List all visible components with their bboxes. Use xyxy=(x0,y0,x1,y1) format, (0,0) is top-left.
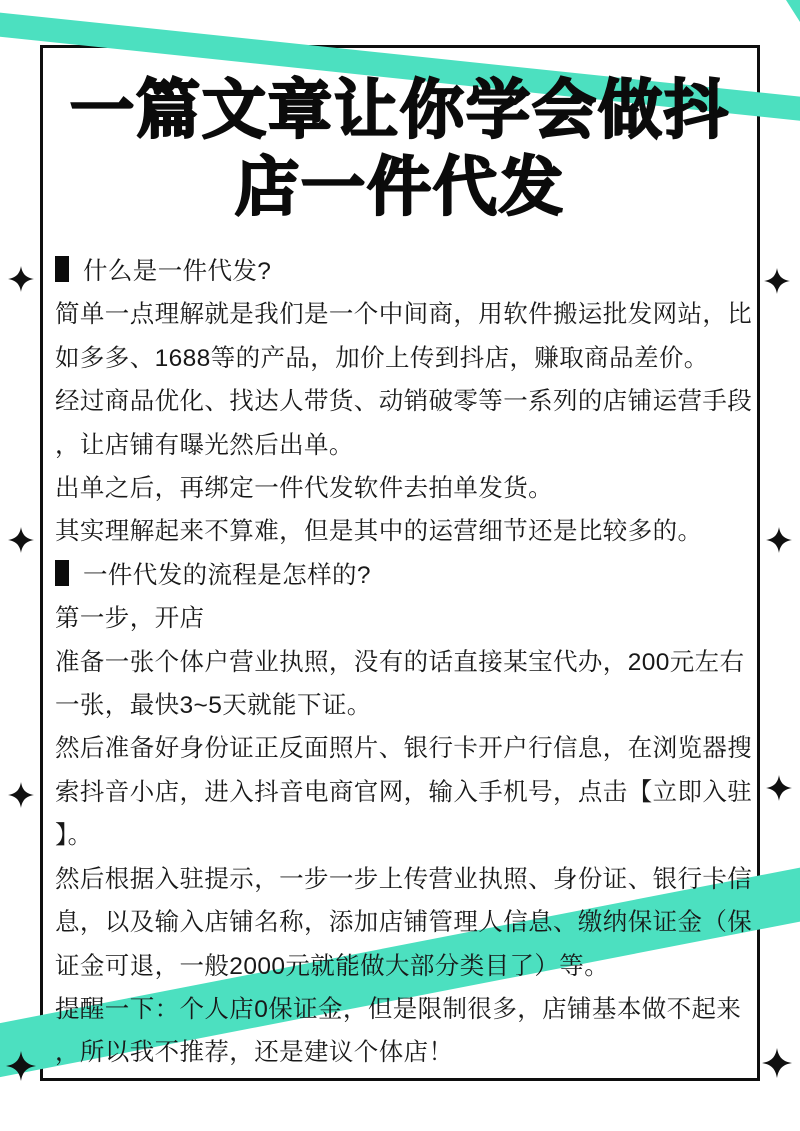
sparkle-icon xyxy=(6,1051,36,1081)
text-line: 经过商品优化、找达人带货、动销破零等一系列的店铺运营手段 xyxy=(55,380,760,423)
section-heading: 一件代发的流程是怎样的? xyxy=(55,554,760,597)
section-heading-label: 什么是一件代发? xyxy=(83,258,271,285)
section-marker-icon xyxy=(55,560,69,586)
text-line: 准备一张个体户营业执照，没有的话直接某宝代办，200元左右 xyxy=(55,641,760,684)
text-line: 然后根据入驻提示，一步一步上传营业执照、身份证、银行卡信 xyxy=(55,858,760,901)
text-line: 其实理解起来不算难，但是其中的运营细节还是比较多的。 xyxy=(55,510,760,553)
text-line: 如多多、1688等的产品，加价上传到抖店，赚取商品差价。 xyxy=(55,337,760,380)
section-heading: 什么是一件代发? xyxy=(55,250,760,293)
text-line: 提醒一下：个人店0保证金，但是限制很多，店铺基本做不起来 xyxy=(55,988,760,1031)
sparkle-icon xyxy=(762,1048,792,1078)
section-heading-label: 一件代发的流程是怎样的? xyxy=(83,562,371,589)
sparkle-icon xyxy=(766,527,792,553)
title-line-1: 一篇文章让你学会做抖 xyxy=(0,72,800,149)
text-line: 索抖音小店，进入抖音电商官网，输入手机号，点击【立即入驻 xyxy=(55,771,760,814)
text-line: ，让店铺有曝光然后出单。 xyxy=(55,424,760,467)
poster: 一篇文章让你学会做抖 店一件代发 什么是一件代发? 简单一点理解就是我们是一个中… xyxy=(0,0,800,1131)
sparkle-icon xyxy=(766,775,792,801)
text-line: ，所以我不推荐，还是建议个体店！ xyxy=(55,1031,760,1074)
title-line-2: 店一件代发 xyxy=(0,149,800,226)
text-line: 】。 xyxy=(55,814,760,857)
article-body: 什么是一件代发? 简单一点理解就是我们是一个中间商，用软件搬运批发网站，比 如多… xyxy=(55,250,760,1075)
text-line: 出单之后，再绑定一件代发软件去拍单发货。 xyxy=(55,467,760,510)
text-line: 然后准备好身份证正反面照片、银行卡开户行信息，在浏览器搜 xyxy=(55,727,760,770)
sparkle-icon xyxy=(8,266,34,292)
sparkle-icon xyxy=(8,782,34,808)
ribbon-corner xyxy=(786,0,800,22)
sparkle-icon xyxy=(8,527,34,553)
text-line: 简单一点理解就是我们是一个中间商，用软件搬运批发网站，比 xyxy=(55,293,760,336)
page-title: 一篇文章让你学会做抖 店一件代发 xyxy=(0,72,800,226)
text-line: 一张，最快3~5天就能下证。 xyxy=(55,684,760,727)
text-line: 第一步，开店 xyxy=(55,597,760,640)
text-line: 证金可退，一般2000元就能做大部分类目了）等。 xyxy=(55,945,760,988)
sparkle-icon xyxy=(764,268,790,294)
text-line: 息，以及输入店铺名称，添加店铺管理人信息、缴纳保证金（保 xyxy=(55,901,760,944)
section-marker-icon xyxy=(55,256,69,282)
